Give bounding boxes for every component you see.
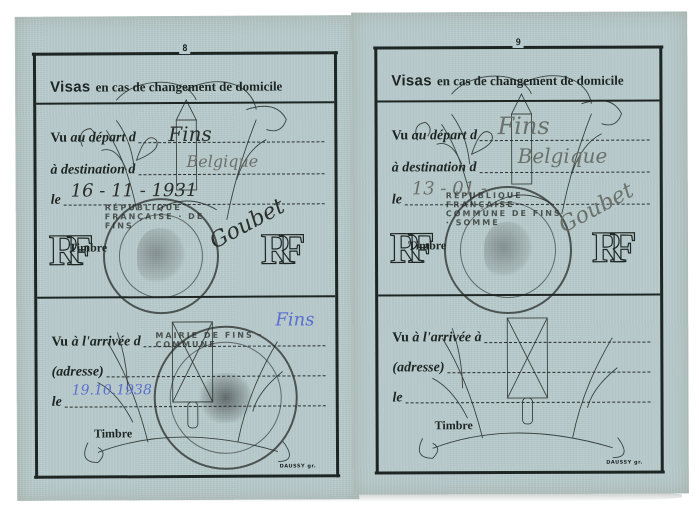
stamp-text: MAIRIE DE FINS · COMMUNE <box>155 327 296 468</box>
page-8: 8 Visas en cas de changement de domicile… <box>15 15 360 501</box>
destination-input[interactable] <box>138 172 324 175</box>
label-adresse: (adresse) <box>52 364 104 380</box>
label-destination: à destination d <box>50 162 135 178</box>
section-title: Visas en cas de changement de domicile <box>391 70 623 90</box>
destination-field: à destination d <box>392 160 650 177</box>
label-le: le <box>392 192 402 208</box>
arrival-town-hall-stamp: MAIRIE DE FINS · COMMUNE <box>153 325 298 470</box>
destination-field: à destination d <box>50 161 324 178</box>
departure-field: Vu au départ d <box>50 129 324 146</box>
stamp-box-label: Timbre <box>408 238 446 253</box>
wreath-ornament-lower-icon <box>412 298 633 469</box>
page-9: 9 Visas en cas de changement de domicile… <box>351 11 689 494</box>
label-arrivee: à l'arrivée à <box>412 330 481 346</box>
title-visas: Visas <box>50 79 91 96</box>
arrival-date-field: le <box>392 390 650 407</box>
label-vu: Vu <box>392 330 409 346</box>
page-frame: 8 Visas en cas de changement de domicile… <box>33 51 339 479</box>
title-visas: Visas <box>391 72 431 89</box>
label-vu: Vu <box>50 131 67 147</box>
title-rest: en cas de changement de domicile <box>437 73 624 89</box>
arrival-input[interactable] <box>485 341 651 344</box>
section-title: Visas en cas de changement de domicile <box>50 75 282 95</box>
title-rule <box>36 101 334 105</box>
page-frame: 9 Visas en cas de changement de domicile… <box>374 46 663 475</box>
departure-input[interactable] <box>480 139 650 142</box>
rf-monogram-right-icon: RF <box>261 223 292 274</box>
label-adresse: (adresse) <box>392 360 444 376</box>
label-depart: au départ d <box>412 128 477 144</box>
destination-input[interactable] <box>480 171 650 174</box>
label-destination: à destination d <box>392 160 477 176</box>
address-field: (adresse) <box>392 360 650 377</box>
label-vu: Vu <box>51 335 68 351</box>
arrival-field: Vu à l'arrivée à <box>392 330 650 347</box>
engraver-credit: DAUSSY gr. <box>280 463 317 469</box>
page-number: 9 <box>513 38 524 48</box>
label-arrivee: à l'arrivée d <box>72 334 141 350</box>
title-rule <box>377 100 659 103</box>
departure-field: Vu au départ d <box>392 128 650 145</box>
label-depart: au départ d <box>70 130 135 146</box>
label-le: le <box>51 193 61 209</box>
engraver-credit: DAUSSY gr. <box>606 460 643 466</box>
label-le: le <box>52 395 62 411</box>
label-vu: Vu <box>392 128 409 144</box>
rf-monogram-right-icon: RF <box>592 222 623 273</box>
page-number: 8 <box>179 44 190 54</box>
arrival-stamp-box-label: Timbre <box>435 418 473 433</box>
stamp-box-label: Timbre <box>69 240 107 255</box>
departure-input[interactable] <box>139 140 325 143</box>
label-le: le <box>392 390 402 406</box>
arrival-stamp-box-label: Timbre <box>94 426 132 441</box>
title-rest: en cas de changement de domicile <box>96 78 283 94</box>
address-input[interactable] <box>448 371 651 374</box>
arrival-date-input[interactable] <box>406 401 651 404</box>
